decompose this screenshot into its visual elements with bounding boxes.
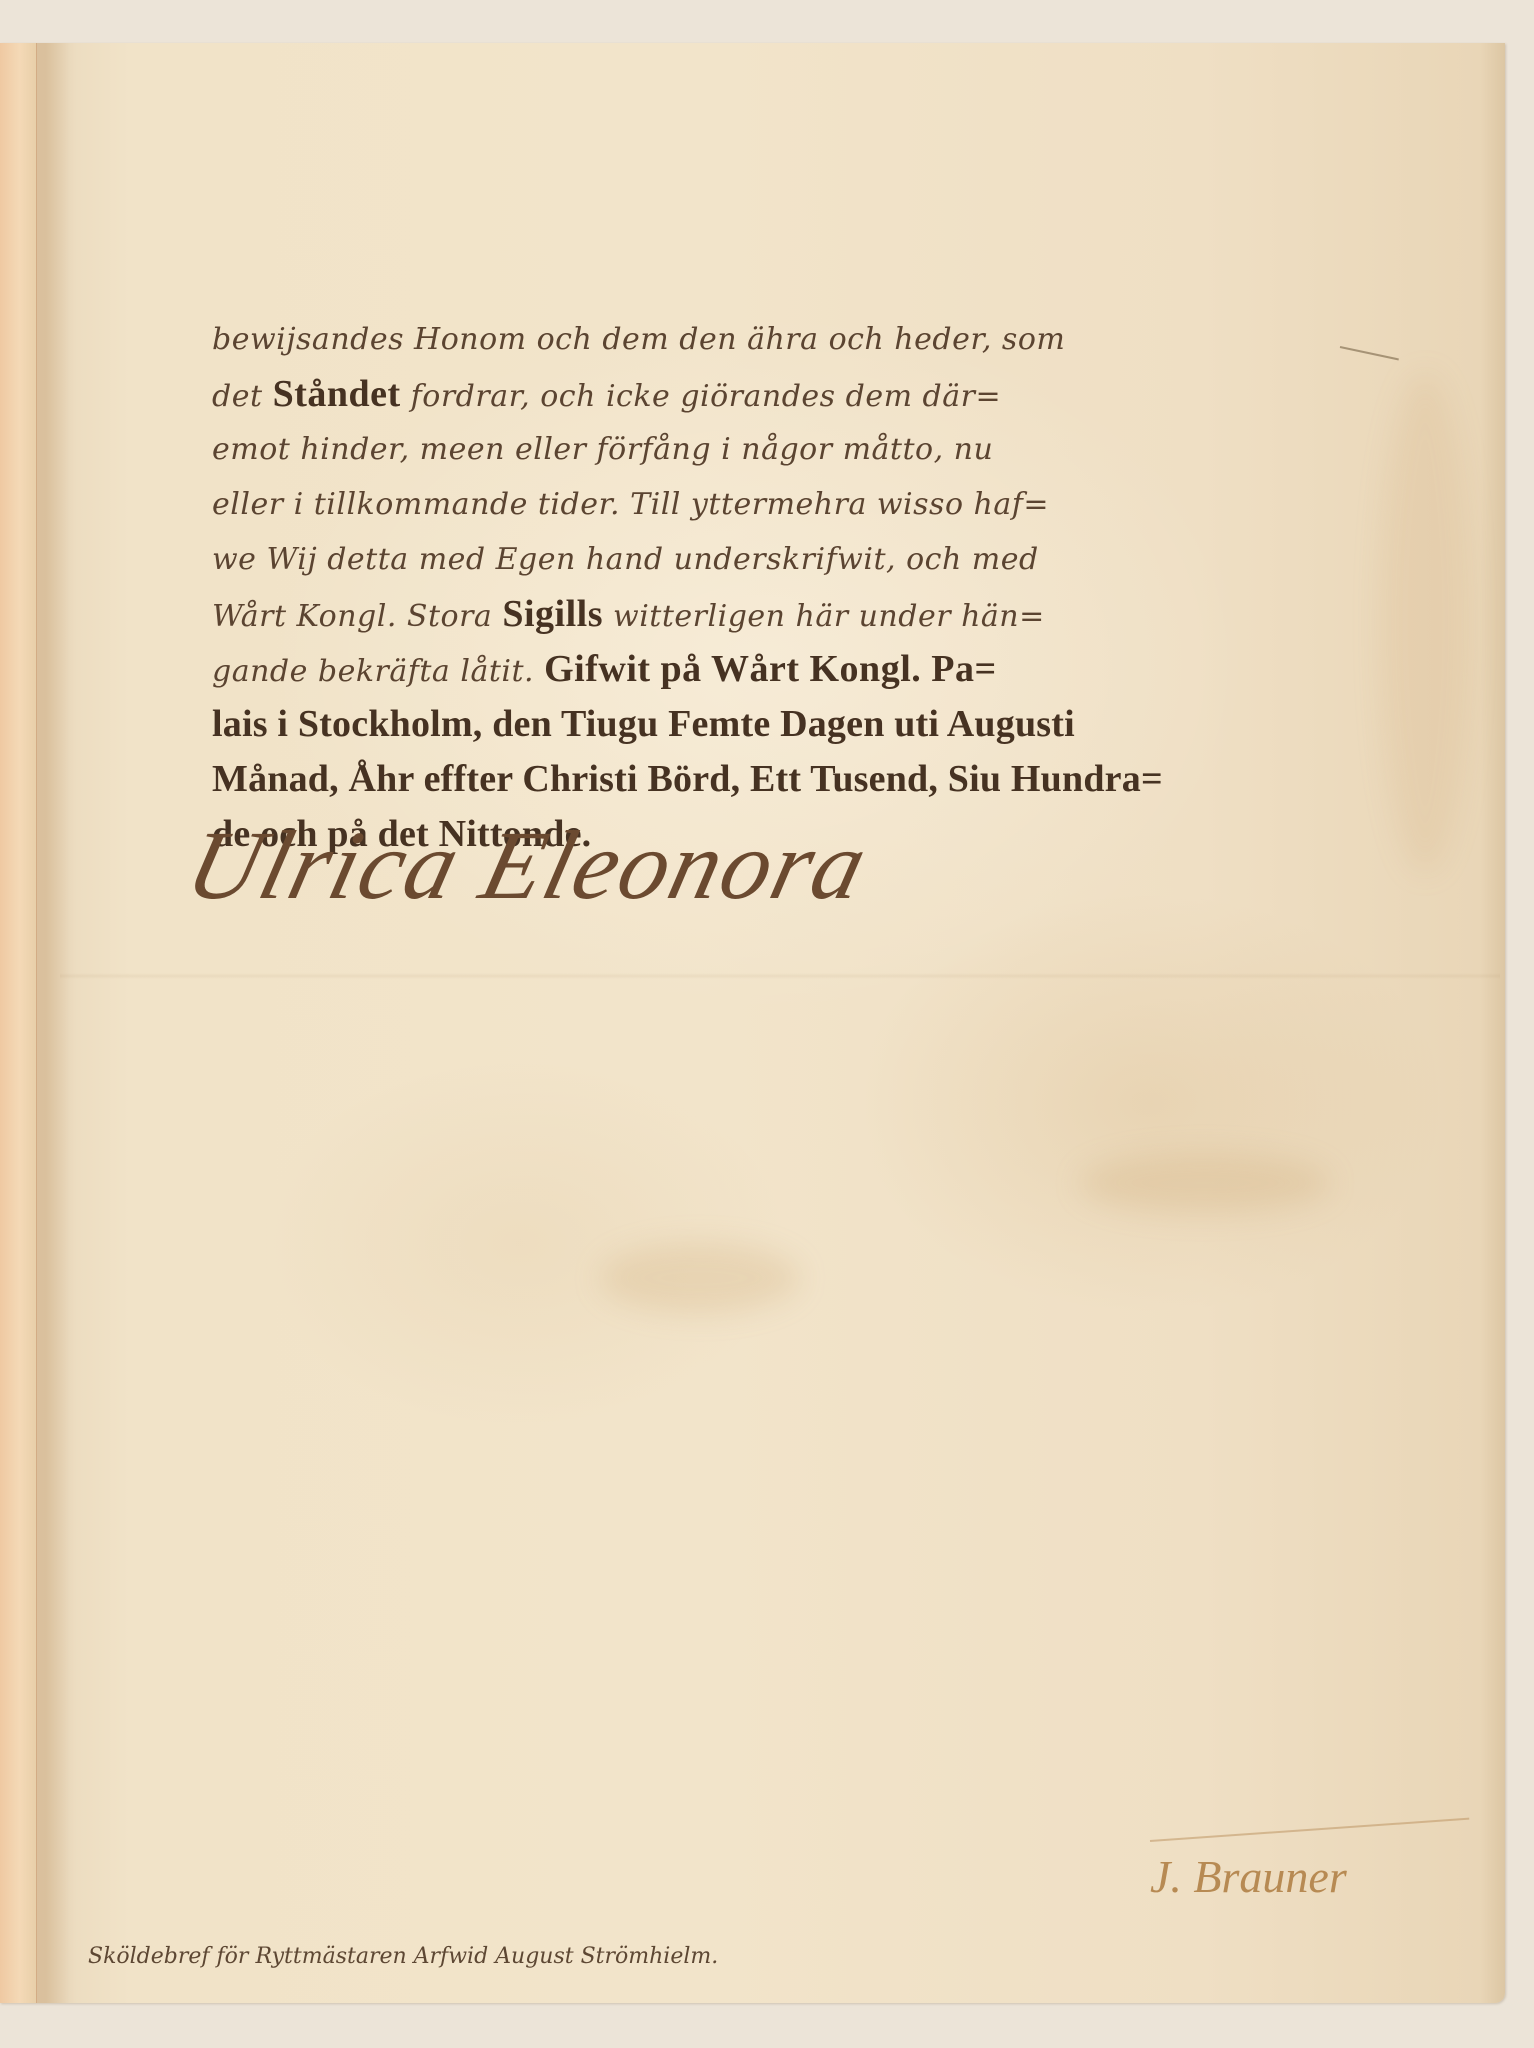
line-text: bewijsandes Honom och dem den ähra och h… — [212, 322, 1065, 357]
text-line-2: det Ståndet fordrar, och icke giörandes … — [212, 367, 1322, 422]
paper-stain — [1380, 373, 1470, 873]
text-line-6: Wårt Kongl. Stora Sigills witterligen hä… — [212, 587, 1322, 642]
line-text: fordrar, och icke giörandes dem där= — [401, 379, 1001, 414]
letter-body: bewijsandes Honom och dem den ähra och h… — [212, 312, 1322, 862]
text-line-3: emot hinder, meen eller förfång i någor … — [212, 422, 1322, 477]
line-formal-word: Gifwit på Wårt Kongl. Pa= — [544, 648, 997, 690]
line-text: det — [212, 379, 273, 414]
line-text: Wårt Kongl. Stora — [212, 599, 502, 634]
line-formal-word: Sigills — [502, 593, 603, 635]
line-text: eller i tillkommande tider. Till ytterme… — [212, 487, 1049, 522]
countersignature: J. Brauner — [1150, 1850, 1347, 1903]
line-text: gande bekräfta låtit. — [212, 654, 544, 689]
endorsement-note: Sköldebref för Ryttmästaren Arfwid Augus… — [88, 1944, 718, 1969]
binding-strip — [0, 43, 37, 2003]
fold-crease — [60, 973, 1500, 979]
text-line-4: eller i tillkommande tider. Till ytterme… — [212, 477, 1322, 532]
text-line-7: gande bekräfta låtit. Gifwit på Wårt Kon… — [212, 642, 1322, 697]
gutter-shadow — [36, 43, 76, 2003]
line-text: we Wij detta med Egen hand underskrifwit… — [212, 542, 1039, 577]
line-formal-word: Ståndet — [273, 373, 401, 415]
text-line-1: bewijsandes Honom och dem den ähra och h… — [212, 312, 1322, 367]
line-text: lais i Stockholm, den Tiugu Femte Dagen … — [212, 703, 1075, 745]
paper-stain — [600, 1243, 800, 1313]
stray-ink-mark — [1340, 346, 1399, 360]
text-line-9: Månad, Åhr effter Christi Börd, Ett Tuse… — [212, 752, 1322, 807]
text-line-8: lais i Stockholm, den Tiugu Femte Dagen … — [212, 697, 1322, 752]
line-text: emot hinder, meen eller förfång i någor … — [212, 432, 993, 467]
royal-signature: Ulrica Eleonora — [176, 810, 879, 922]
line-text: Månad, Åhr effter Christi Börd, Ett Tuse… — [212, 758, 1163, 800]
line-text: witterligen här under hän= — [603, 599, 1045, 634]
text-line-5: we Wij detta med Egen hand underskrifwit… — [212, 532, 1322, 587]
paper-stain — [1080, 1153, 1330, 1213]
